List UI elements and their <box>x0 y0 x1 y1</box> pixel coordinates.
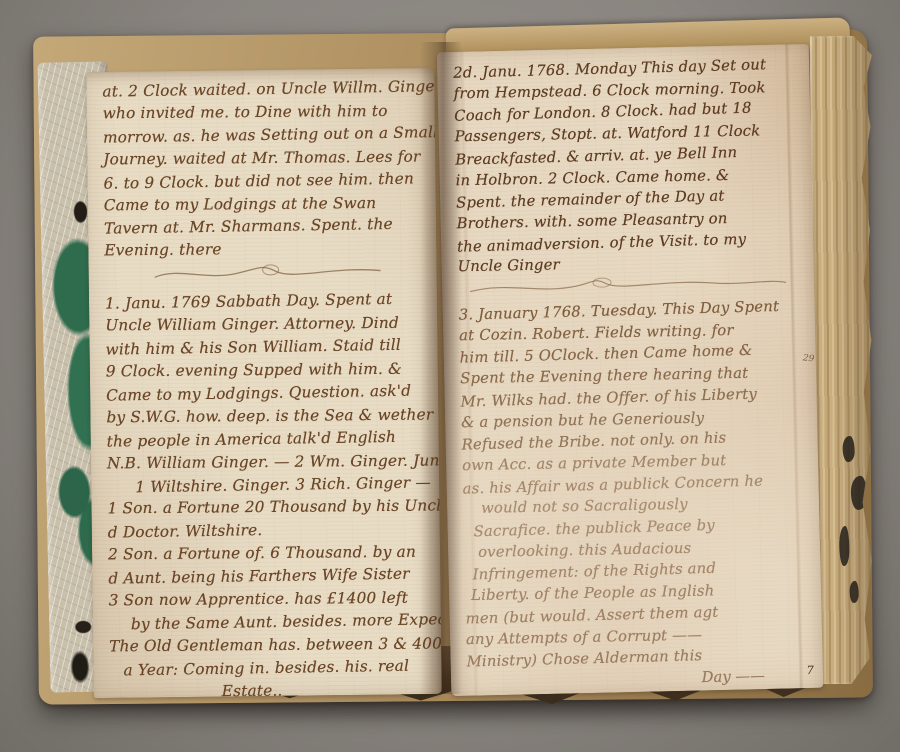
ink-splotch <box>843 436 855 462</box>
page-number: 7 <box>806 663 814 677</box>
flourish-divider <box>153 261 383 286</box>
diary-entry: at. 2 Clock waited. on Uncle Willm. Ging… <box>102 76 432 263</box>
margin-note: 29 <box>802 353 815 364</box>
right-page: 2d. Janu. 1768. Monday This day Set outf… <box>437 44 824 696</box>
diary-entry: 3. January 1768. Tuesday. This Day Spent… <box>458 296 818 673</box>
diary-entry: 2d. Janu. 1768. Monday This day Set outf… <box>453 54 810 279</box>
handwriting-line: N.B. William Ginger. — 2 Wm. Ginger. Jun… <box>107 449 435 475</box>
left-page-text: at. 2 Clock waited. on Uncle Willm. Ging… <box>102 76 438 698</box>
handwriting-line: Evening. there <box>104 237 432 263</box>
photograph-of-open-diary: at. 2 Clock waited. on Uncle Willm. Ging… <box>0 0 900 752</box>
ink-splotch <box>850 581 859 603</box>
diary-entry: 1. Janu. 1769 Sabbath Day. Spent atUncle… <box>105 288 438 698</box>
ink-splotch <box>839 526 849 566</box>
right-page-text: 2d. Janu. 1768. Monday This day Set outf… <box>453 54 819 695</box>
left-page: at. 2 Clock waited. on Uncle Willm. Ging… <box>86 68 442 698</box>
